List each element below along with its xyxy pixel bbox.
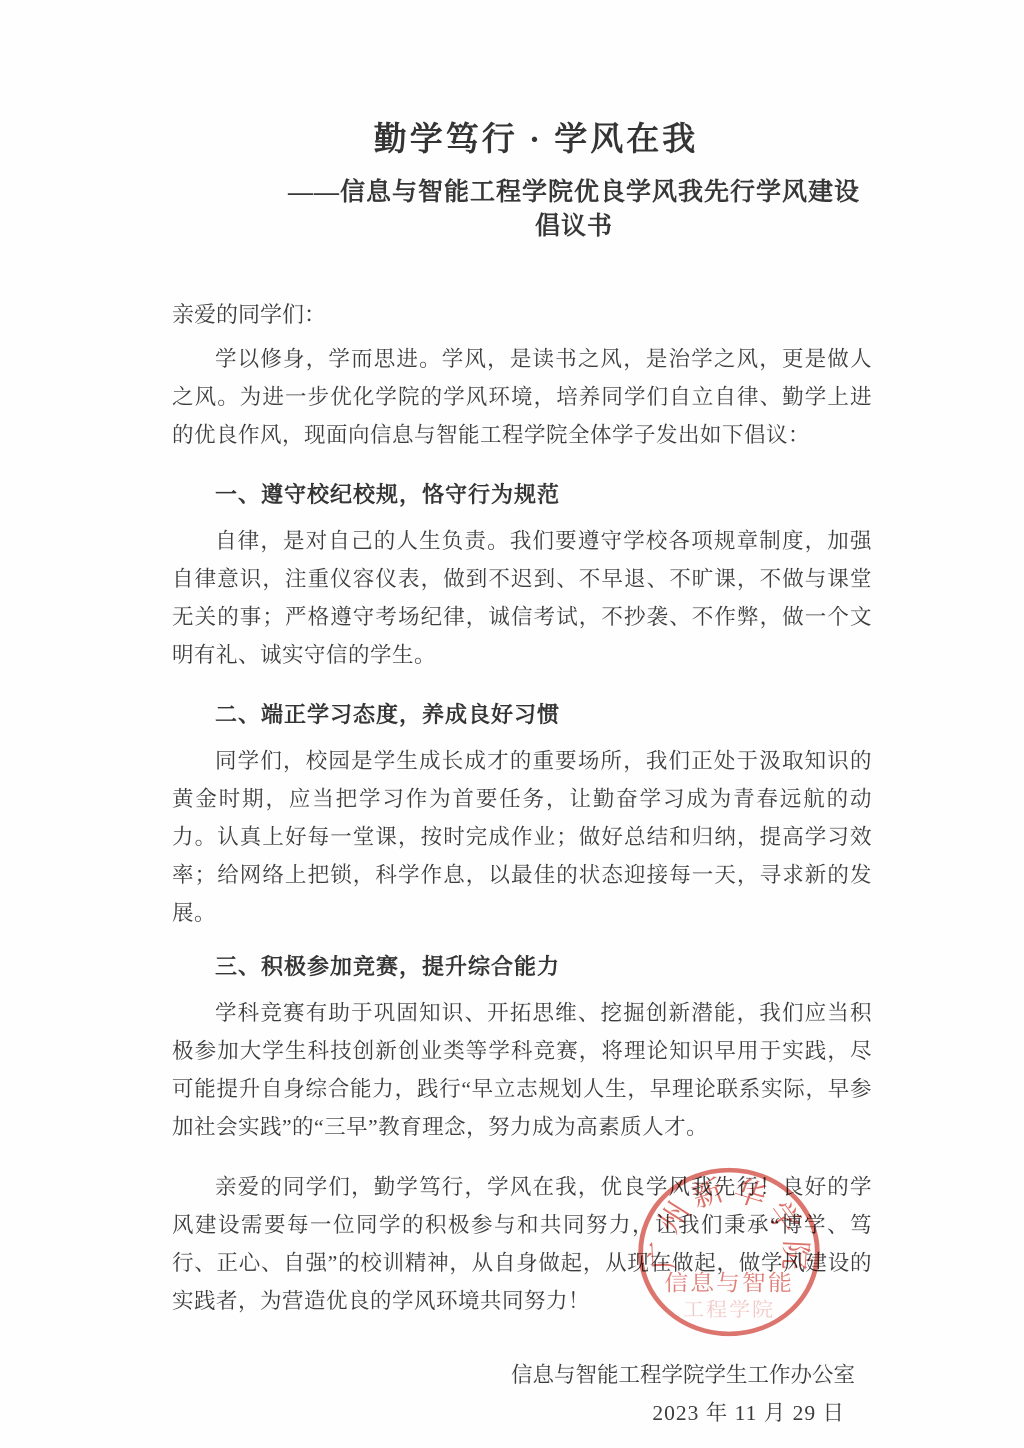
intro-paragraph: 学以修身，学而思进。学风，是读书之风，是治学之风，更是做人之风。为进一步优化学院… [172,340,872,454]
section-3-paragraph: 学科竞赛有助于巩固知识、开拓思维、挖掘创新潜能，我们应当积极参加大学生科技创新创… [172,994,872,1146]
section-3-heading: 三、积极参加竞赛，提升综合能力 [172,948,872,986]
date-line: 2023 年 11 月 29 日 [172,1394,872,1432]
salutation: 亲爱的同学们： [172,296,872,334]
document-page: 勤学笃行 · 学风在我 ——信息与智能工程学院优良学风我先行学风建设倡议书 亲爱… [0,0,1024,1448]
page-subtitle: ——信息与智能工程学院优良学风我先行学风建设倡议书 [172,176,872,244]
signature-line: 信息与智能工程学院学生工作办公室 [172,1356,872,1394]
section-2-heading: 二、端正学习态度，养成良好习惯 [172,696,872,734]
section-1-paragraph: 自律，是对自己的人生负责。我们要遵守学校各项规章制度，加强自律意识，注重仪容仪表… [172,522,872,674]
section-1-heading: 一、遵守校纪校规，恪守行为规范 [172,476,872,514]
closing-paragraph: 亲爱的同学们，勤学笃行，学风在我，优良学风我先行！良好的学风建设需要每一位同学的… [172,1168,872,1320]
page-title: 勤学笃行 · 学风在我 [172,118,872,162]
section-2-paragraph: 同学们，校园是学生成长成才的重要场所，我们正处于汲取知识的黄金时期，应当把学习作… [172,742,872,932]
